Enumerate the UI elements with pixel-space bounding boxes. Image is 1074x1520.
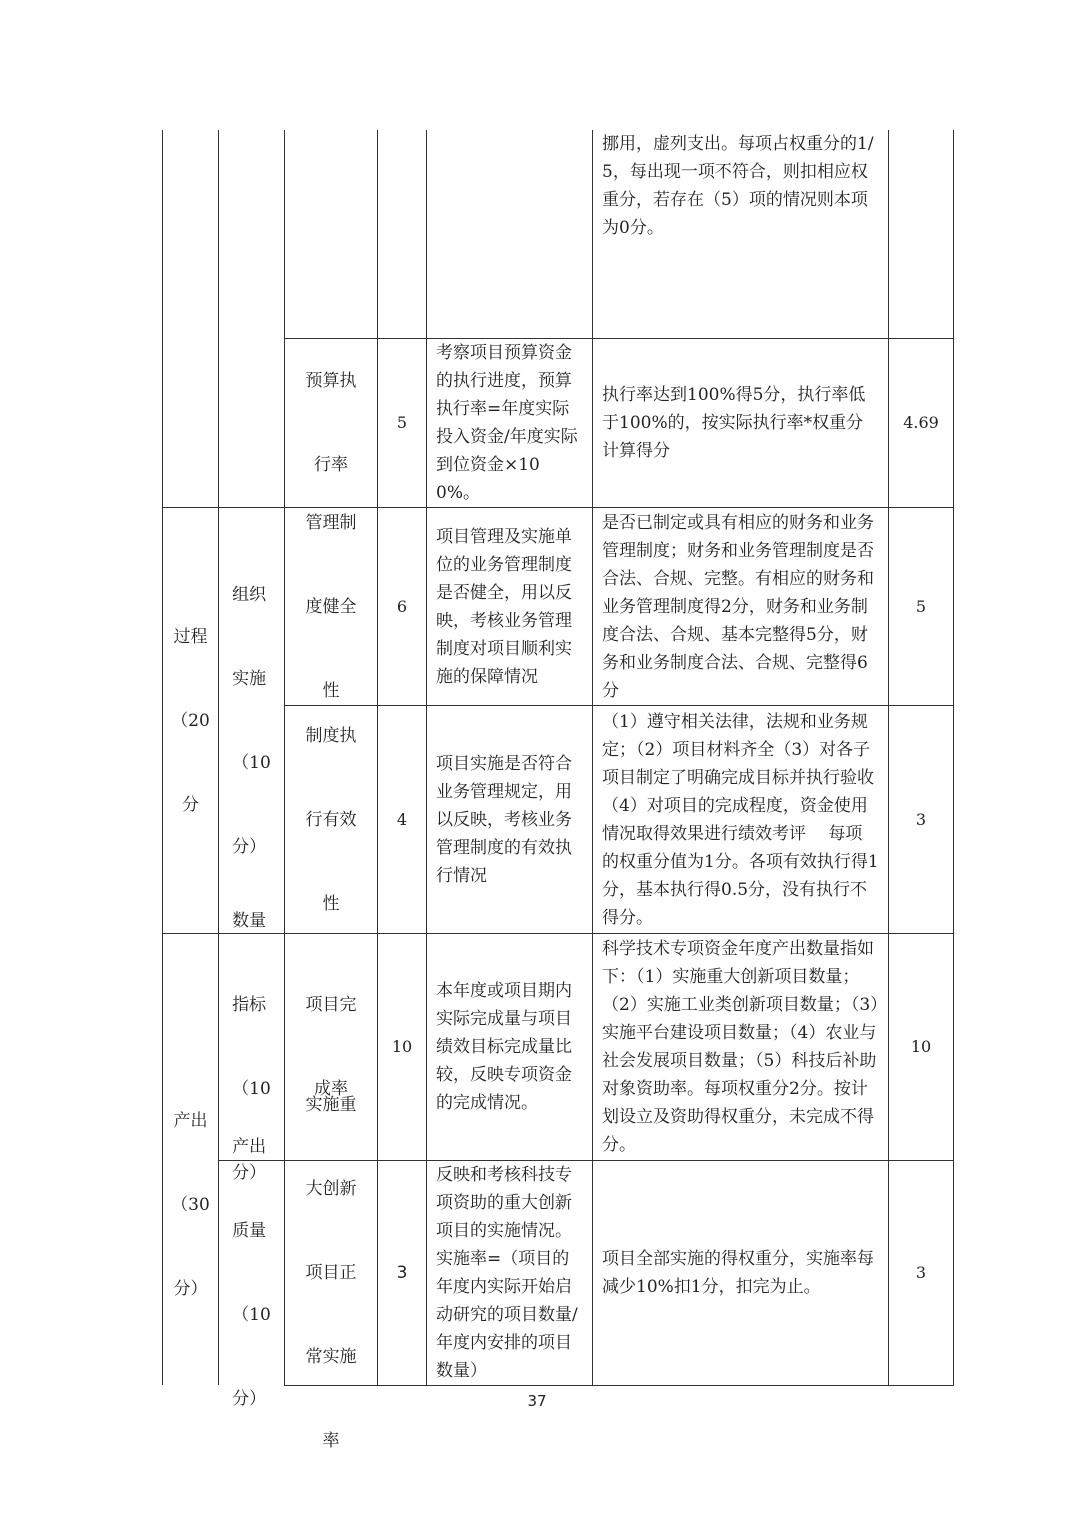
score-value: 3 [916,1259,926,1287]
criteria-text: （1）遵守相关法律，法规和业务规定；（2）项目材料齐全（3）对各子项目制定了明确… [602,708,879,932]
indicator-line: 项目完 [306,991,357,1019]
table-bottom-border [284,1385,954,1386]
description-cell: 考察项目预算资金的执行进度，预算执行率=年度实际投入资金/年度实际到位资金×10… [427,339,592,507]
level1-line: 过程 [171,623,210,651]
criteria-cell: （1）遵守相关法律，法规和业务规定；（2）项目材料齐全（3）对各子项目制定了明确… [593,706,888,933]
weight-value: 6 [397,593,407,621]
description-cell: 本年度或项目期内实际完成量与项目绩效目标完成量比较，反映专项资金的完成情况。 [427,934,592,1160]
indicator-line: 制度执 [306,722,357,750]
description-text: 考察项目预算资金的执行进度，预算执行率=年度实际投入资金/年度实际到位资金×10… [436,339,583,507]
weight-cell: 4 [378,706,426,933]
indicator-line: 度健全 [306,593,357,621]
criteria-cell: 执行率达到100%得5分，执行率低于100%的，按实际执行率*权重分计算得分 [593,339,888,507]
level1-output-cell: 产出 （30 分） [163,934,218,1385]
document-page: 挪用，虚列支出。每项占权重分的1/5，每出现一项不符合，则扣相应权重分，若存在（… [0,0,1074,1520]
indicator-line: 预算执 [306,367,357,395]
weight-cell: 10 [378,934,426,1160]
indicator-line: 行有效 [306,806,357,834]
criteria-cell: 科学技术专项资金年度产出数量指如下：（1）实施重大创新项目数量；（2）实施工业类… [593,934,888,1160]
description-text: 项目管理及实施单位的业务管理制度是否健全，用以反映，考核业务管理制度对项目顺利实… [436,523,583,691]
weight-value: 4 [397,806,407,834]
score-cell: 3 [889,1161,953,1385]
level1-line: 分 [171,791,210,819]
score-cell: 3 [889,706,953,933]
level2-line: 产出 [232,1133,271,1161]
description-text: 反映和考核科技专项资助的重大创新项目的实施情况。实施率=（项目的年度内实际开始启… [436,1161,583,1385]
level1-process-cell: 过程 （20 分 [163,508,218,933]
weight-value: 10 [392,1033,412,1061]
score-cell: 4.69 [889,339,953,507]
indicator-line: 常实施 [306,1343,357,1371]
criteria-cell: 是否已制定或具有相应的财务和业务管理制度；财务和业务管理制度是否合法、合规、完整… [593,508,888,705]
description-cell: 项目管理及实施单位的业务管理制度是否健全，用以反映，考核业务管理制度对项目顺利实… [427,508,592,705]
description-cell: 项目实施是否符合业务管理规定，用以反映，考核业务管理制度的有效执行情况 [427,706,592,933]
indicator-cell: 制度执 行有效 性 [285,706,377,933]
level1-line: 产出 [171,1107,210,1135]
criteria-text: 是否已制定或具有相应的财务和业务管理制度；财务和业务管理制度是否合法、合规、完整… [602,509,879,705]
score-value: 3 [916,806,926,834]
level1-line: 分） [171,1275,210,1303]
criteria-text: 挪用，虚列支出。每项占权重分的1/5，每出现一项不符合，则扣相应权重分，若存在（… [602,130,879,242]
page-number: 37 [0,1392,1074,1410]
score-value: 10 [911,1033,931,1061]
level2-line: 质量 [232,1217,271,1245]
indicator-line: 项目正 [306,1259,357,1287]
description-cell: 反映和考核科技专项资助的重大创新项目的实施情况。实施率=（项目的年度内实际开始启… [427,1161,592,1385]
level2-line: 数量 [232,907,271,935]
level2-line: 实施 [232,665,271,693]
indicator-line: 性 [306,890,357,918]
level1-line: （20 [171,707,210,735]
weight-cell: 3 [378,1161,426,1385]
score-cell: 10 [889,934,953,1160]
indicator-line: 大创新 [306,1175,357,1203]
criteria-text: 执行率达到100%得5分，执行率低于100%的，按实际执行率*权重分计算得分 [602,381,879,465]
weight-value: 3 [397,1259,408,1287]
weight-cell: 6 [378,508,426,705]
level2-line: （10 [232,749,271,777]
description-text: 本年度或项目期内实际完成量与项目绩效目标完成量比较，反映专项资金的完成情况。 [436,977,583,1117]
level2-line: 指标 [232,991,271,1019]
indicator-cell: 实施重 大创新 项目正 常实施 率 [285,1161,377,1385]
level2-line: 组织 [232,581,271,609]
description-text: 项目实施是否符合业务管理规定，用以反映，考核业务管理制度的有效执行情况 [436,750,583,890]
score-value: 5 [916,593,926,621]
indicator-line: 实施重 [306,1091,357,1119]
indicator-line: 率 [306,1427,357,1455]
criteria-text: 项目全部实施的得权重分，实施率每减少10%扣1分，扣完为止。 [602,1245,879,1301]
criteria-cell: 挪用，虚列支出。每项占权重分的1/5，每出现一项不符合，则扣相应权重分，若存在（… [593,130,888,240]
weight-value: 5 [397,409,407,437]
level1-line: （30 [171,1191,210,1219]
criteria-text: 科学技术专项资金年度产出数量指如下：（1）实施重大创新项目数量；（2）实施工业类… [602,935,879,1159]
score-value: 4.69 [903,409,939,437]
criteria-cell: 项目全部实施的得权重分，实施率每减少10%扣1分，扣完为止。 [593,1161,888,1385]
score-cell: 5 [889,508,953,705]
level2-line: （10 [232,1301,271,1329]
indicator-line: 管理制 [306,509,357,537]
level2-quality-cell: 产出 质量 （10 分） [219,1161,284,1385]
weight-cell: 5 [378,339,426,507]
table-border-right [953,130,954,1385]
